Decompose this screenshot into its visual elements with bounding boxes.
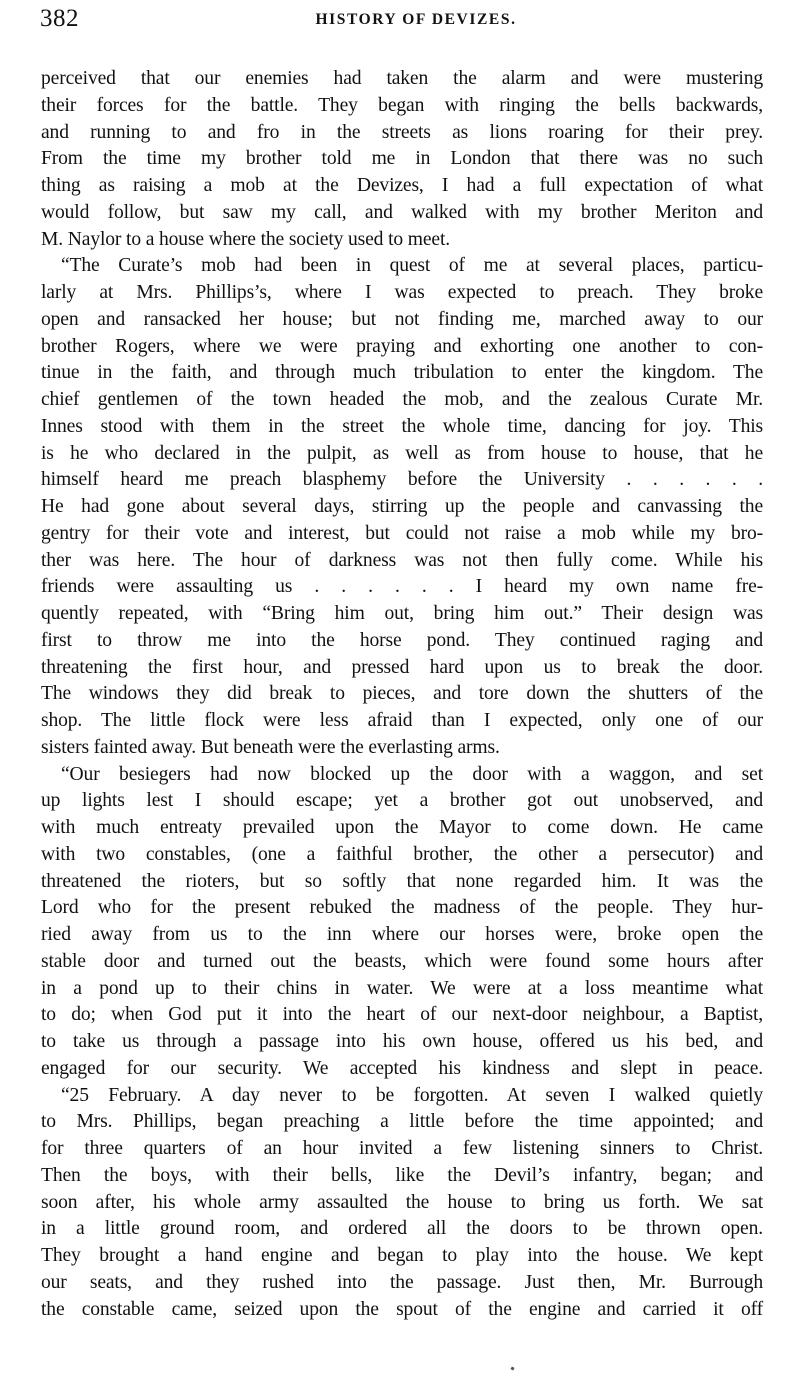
text-line: Innes stood with them in the street the … [41, 414, 763, 441]
text-line: with much entreaty prevailed upon the Ma… [41, 815, 763, 842]
text-line: “25 February. A day never to be forgotte… [41, 1083, 763, 1110]
text-line: friends were assaulting us . . . . . . I… [41, 574, 763, 601]
text-line: open and ransacked her house; but not fi… [41, 307, 763, 334]
text-line: to do; when God put it into the heart of… [41, 1002, 763, 1029]
text-line: up lights lest I should escape; yet a br… [41, 788, 763, 815]
text-line: threatening the first hour, and pressed … [41, 655, 763, 682]
text-line: gentry for their vote and interest, but … [41, 521, 763, 548]
text-line: perceived that our enemies had taken the… [41, 66, 763, 93]
book-page: 382 HISTORY OF DEVIZES. perceived that o… [0, 0, 800, 1390]
text-line: soon after, his whole army assaulted the… [41, 1190, 763, 1217]
running-title: HISTORY OF DEVIZES. [40, 8, 764, 32]
text-line: Then the boys, with their bells, like th… [41, 1163, 763, 1190]
text-line: and running to and fro in the streets as… [41, 120, 763, 147]
text-line: engaged for our security. We accepted hi… [41, 1056, 763, 1083]
text-line: The windows they did break to pieces, an… [41, 681, 763, 708]
text-line: himself heard me preach blasphemy before… [41, 467, 763, 494]
text-line: to Mrs. Phillips, began preaching a litt… [41, 1109, 763, 1136]
text-line: to take us through a passage into his ow… [41, 1029, 763, 1056]
text-line: shop. The little flock were less afraid … [41, 708, 763, 735]
text-line: in a little ground room, and ordered all… [41, 1216, 763, 1243]
body-text: perceived that our enemies had taken the… [41, 66, 763, 1323]
text-line: is he who declared in the pulpit, as wel… [41, 441, 763, 468]
text-line: sisters fainted away. But beneath were t… [41, 735, 763, 762]
text-line: “Our besiegers had now blocked up the do… [41, 762, 763, 789]
text-line: “The Curate’s mob had been in quest of m… [41, 253, 763, 280]
text-line: They brought a hand engine and began to … [41, 1243, 763, 1270]
text-line: our seats, and they rushed into the pass… [41, 1270, 763, 1297]
text-line: brother Rogers, where we were praying an… [41, 334, 763, 361]
text-line: with two constables, (one a faithful bro… [41, 842, 763, 869]
text-line: first to throw me into the horse pond. T… [41, 628, 763, 655]
print-speck [510, 1366, 514, 1370]
text-line: larly at Mrs. Phillips’s, where I was ex… [41, 280, 763, 307]
text-line: threatened the rioters, but so softly th… [41, 869, 763, 896]
text-line: Lord who for the present rebuked the mad… [41, 895, 763, 922]
text-line: thing as raising a mob at the Devizes, I… [41, 173, 763, 200]
text-line: M. Naylor to a house where the society u… [41, 227, 763, 254]
text-line: would follow, but saw my call, and walke… [41, 200, 763, 227]
text-line: chief gentlemen of the town headed the m… [41, 387, 763, 414]
text-line: From the time my brother told me in Lond… [41, 146, 763, 173]
running-head: 382 HISTORY OF DEVIZES. [40, 4, 764, 34]
text-line: for three quarters of an hour invited a … [41, 1136, 763, 1163]
text-line: He had gone about several days, stirring… [41, 494, 763, 521]
text-line: in a pond up to their chins in water. We… [41, 976, 763, 1003]
text-line: tinue in the faith, and through much tri… [41, 360, 763, 387]
text-line: quently repeated, with “Bring him out, b… [41, 601, 763, 628]
text-line: stable door and turned out the beasts, w… [41, 949, 763, 976]
text-line: ther was here. The hour of darkness was … [41, 548, 763, 575]
text-line: ried away from us to the inn where our h… [41, 922, 763, 949]
text-line: the constable came, seized upon the spou… [41, 1297, 763, 1324]
text-line: their forces for the battle. They began … [41, 93, 763, 120]
